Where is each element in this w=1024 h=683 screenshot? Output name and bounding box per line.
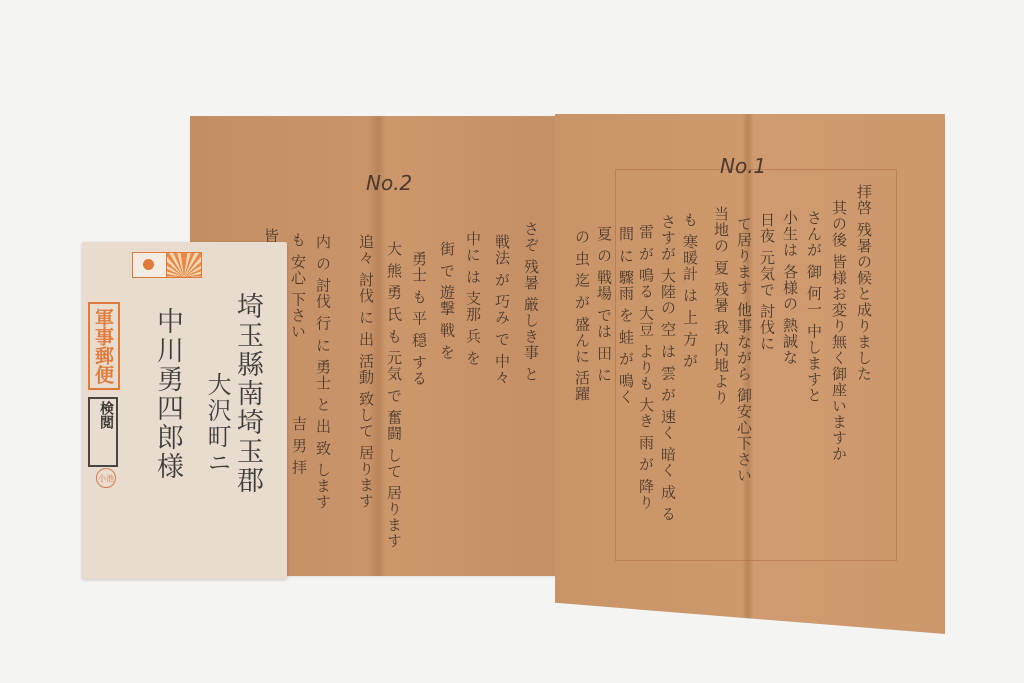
letter-column: 勇士 も 平 穏 する	[410, 251, 427, 386]
letter-column: 日夜 元気で 討伐に	[758, 212, 775, 352]
letter-column: 中に は 支那 兵 を	[464, 231, 481, 366]
letter-column: の 虫 迄 が 盛んに 活躍	[573, 229, 590, 402]
letter-column: 小生は 各様の 熱誠な	[781, 210, 798, 366]
letter-page-1: No.1 拝啓 残暑の候と成りました 其の後 皆様お変り無く御座いますか さんが…	[555, 114, 945, 634]
letter-column: さすが 大陸の 空 は 雲 が 速く 暗く 成 る	[659, 214, 676, 522]
letter-column: 雷 が 鳴る 大豆 よりも 大き 雨 が 降り	[637, 224, 654, 510]
letter-column: さんが 御 何一 中しますと	[805, 210, 822, 403]
seal-stamp: 小池	[96, 468, 116, 488]
letter-column: 内 の 討伐 行 に 勇士 と 出 致 します	[314, 234, 331, 510]
letter-column: も 寒暖計 は 上 方 が	[681, 212, 698, 369]
page-number-mark: No.2	[366, 171, 412, 195]
military-postcard: 軍事郵便 検閲 小池 埼玉縣南埼玉郡 大沢町ニ 中川勇四郎様	[82, 242, 287, 579]
japan-flag-icon	[133, 253, 167, 277]
letter-column: 其の後 皆様お変り無く御座いますか	[830, 200, 847, 462]
military-mail-stamp: 軍事郵便	[88, 302, 120, 390]
letter-column: さぞ 残暑 厳しき事 と	[522, 221, 539, 382]
letter-column: て居ります 他事ながら 御安心下さい	[735, 216, 752, 484]
flag-stamp	[132, 252, 202, 278]
letter-column: 戦法 が 巧み で 中々	[493, 234, 510, 385]
letter-column: 街 で 遊撃 戦 を	[438, 241, 455, 360]
letter-column: 追々 討伐 に 出 活動 致して 居ります	[357, 234, 374, 509]
letter-column: 間 に 驟雨 を 蛙 が 鳴く	[617, 226, 634, 405]
letter-column: 当地の 夏 残暑 我 内地より	[712, 206, 729, 405]
letter-column: 大 熊 勇 氏 も 元気 で 奮闘 して 居ります	[385, 241, 402, 549]
rising-sun-flag-icon	[167, 253, 201, 277]
recipient-name: 中川勇四郎様	[152, 307, 182, 481]
letter-column: も 安心 下さい	[289, 232, 306, 340]
letter-column: 夏 の 戦場 では 田 に	[595, 226, 612, 383]
address-town: 大沢町ニ	[202, 372, 232, 476]
letter-column: 拝啓 残暑の候と成りました	[855, 184, 872, 382]
censor-stamp: 検閲	[88, 397, 118, 467]
signature: 吉 男 拝	[290, 416, 307, 476]
address-prefecture: 埼玉縣南埼玉郡	[232, 292, 262, 495]
page-number-mark: No.1	[720, 154, 766, 178]
